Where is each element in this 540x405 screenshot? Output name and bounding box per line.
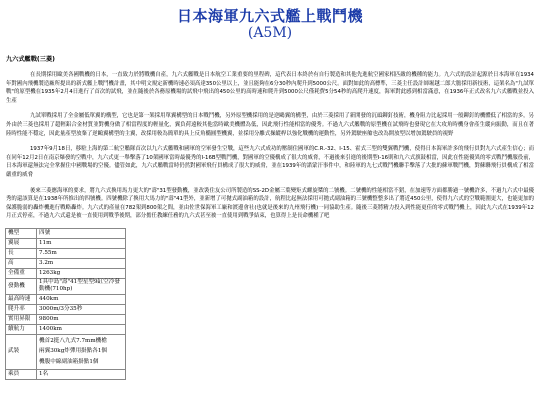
table-row: 全備重 1263kg [6, 268, 126, 278]
table-row: 實用昇限 9800m [6, 314, 126, 324]
spec-label: 翼展 [6, 238, 37, 248]
table-row: 機型 四號 [6, 228, 126, 238]
armament-line: 機腹中線副油箱掛點1個 [39, 359, 123, 367]
spec-label: 武裝 [6, 334, 37, 370]
spec-value: 3000m/3分35秒 [37, 304, 126, 314]
table-row: 高 3.2m [6, 258, 126, 268]
spec-value: 7.55m [37, 248, 126, 258]
table-row: 翼展 11m [6, 238, 126, 248]
spec-label: 爬升率 [6, 304, 37, 314]
spec-value: 1263kg [37, 268, 126, 278]
spec-label: 實用昇限 [6, 314, 37, 324]
paragraph-variants: 後來三菱應海軍的要求，將九六式換用馬力更大的"壽"31型發動機，並改裝住友公司所… [6, 187, 534, 221]
spec-label: 乘員 [6, 370, 37, 380]
spec-label: 長 [6, 248, 37, 258]
section-heading: 九六式艦戰(三菱) [6, 56, 540, 64]
spec-value-armament: 機首2挺八九式7.7mm機槍 兩翼30kg炸彈用掛點各1個 機腹中線副油箱掛點1… [37, 334, 126, 370]
spec-value: 1400km [37, 324, 126, 334]
page-subtitle: (A5M) [0, 25, 540, 42]
spec-value: 3.2m [37, 258, 126, 268]
spec-label: 全備重 [6, 268, 37, 278]
specs-table: 機型 四號 翼展 11m 長 7.55m 高 3.2m 全備重 1263kg 發… [5, 228, 126, 381]
spec-value: 11m [37, 238, 126, 248]
spec-value: 四號 [37, 228, 126, 238]
spec-value: 1具中島"壽"41型星型9缸空冷發動機(710hp) [37, 278, 126, 294]
table-row-armament: 武裝 機首2挺八九式7.7mm機槍 兩翼30kg炸彈用掛點各1個 機腹中線副油箱… [6, 334, 126, 370]
spec-label: 高 [6, 258, 37, 268]
armament-line: 兩翼30kg炸彈用掛點各1個 [39, 348, 123, 356]
spec-label: 續航力 [6, 324, 37, 334]
table-row: 爬升率 3000m/3分35秒 [6, 304, 126, 314]
spec-label: 發動機 [6, 278, 37, 294]
paragraph-combat: 1937年9月18日，移駐上海的第二航空艦隊首次以九六式艦戰和國軍的空軍發生空戰… [6, 145, 534, 179]
table-row: 最高時速 440km [6, 294, 126, 304]
table-row: 長 7.55m [6, 248, 126, 258]
spec-value: 1名 [37, 370, 126, 380]
paragraph-design: 九試單戰採用了全金屬低單翼的構型，它也是第一架採用單翼構型的日本戰鬥機，另外原型… [6, 112, 534, 138]
table-row: 發動機 1具中島"壽"41型星型9缸空冷發動機(710hp) [6, 278, 126, 294]
spec-label: 機型 [6, 228, 37, 238]
spec-value: 9800m [37, 314, 126, 324]
paragraph-development: 在長期採用歐美各國戰機的日本，一直致力於將戰機自產，九六式艦戰是日本航空工業重要… [6, 71, 534, 105]
spec-label: 最高時速 [6, 294, 37, 304]
page-title: 日本海軍九六式艦上戰鬥機 [0, 0, 540, 25]
spec-value: 440km [37, 294, 126, 304]
table-row: 續航力 1400km [6, 324, 126, 334]
table-row: 乘員 1名 [6, 370, 126, 380]
armament-line: 機首2挺八九式7.7mm機槍 [39, 338, 123, 346]
